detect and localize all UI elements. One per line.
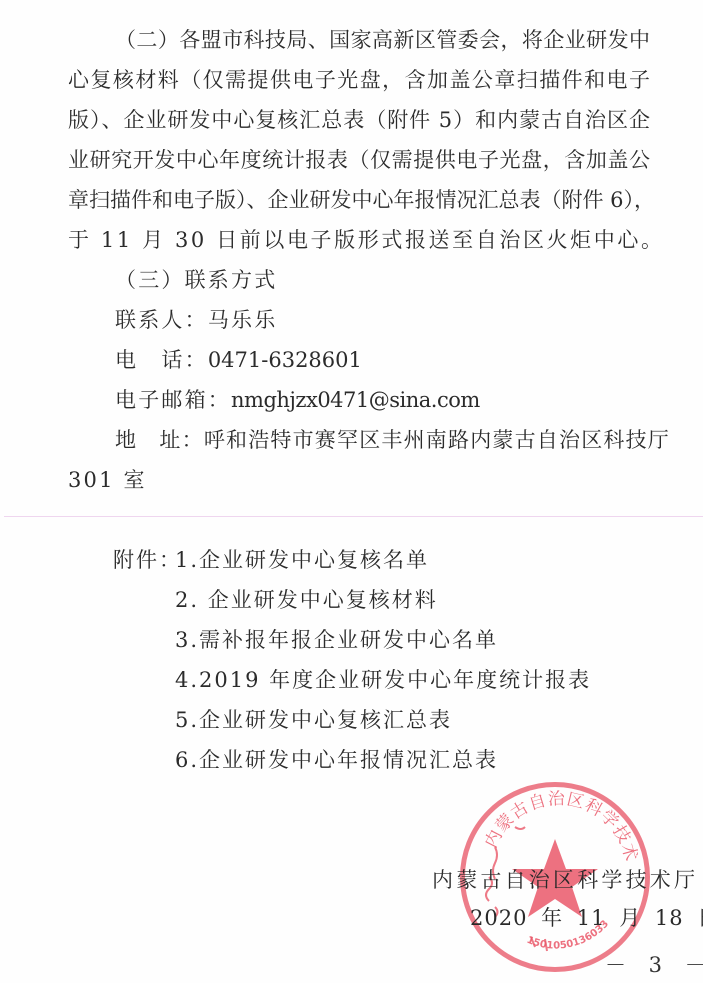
contact-person-value: 马乐乐: [208, 308, 278, 332]
email-label: 电子邮箱：: [115, 386, 231, 414]
attachment-item-1: 1.企业研发中心复核名单: [175, 546, 429, 574]
address-value-line-2: 301 室: [68, 466, 147, 494]
email-row: 电子邮箱：nmghjzx0471@sina.com: [115, 386, 480, 414]
contact-heading: （三）联系方式: [115, 266, 277, 294]
attachments-label: 附件：: [113, 546, 182, 574]
scan-divider-line: [4, 516, 703, 517]
attachment-item-3: 3.需补报年报企业研发中心名单: [175, 626, 498, 654]
issue-date: 2020 年 11 月 18 日: [470, 904, 703, 932]
phone-row: 电 话：0471-6328601: [115, 346, 362, 374]
phone-value: 0471-6328601: [208, 348, 362, 372]
paragraph-two-line-6: 于 11 月 30 日前以电子版形式报送至自治区火炬中心。: [68, 226, 665, 254]
paragraph-two-line-4: 业研究开发中心年度统计报表（仅需提供电子光盘，含加盖公: [68, 146, 650, 174]
document-page: （二）各盟市科技局、国家高新区管委会，将企业研发中 心复核材料（仅需提供电子光盘…: [0, 0, 703, 983]
paragraph-two-line-5: 章扫描件和电子版）、企业研发中心年报情况汇总表（附件 6），: [68, 186, 650, 214]
email-value: nmghjzx0471@sina.com: [231, 388, 480, 412]
attachment-item-6: 6.企业研发中心年报情况汇总表: [175, 746, 498, 774]
address-row: 地 址：呼和浩特市赛罕区丰州南路内蒙古自治区科技厅: [115, 426, 670, 454]
attachment-item-4: 4.2019 年度企业研发中心年度统计报表: [175, 666, 591, 694]
address-value-line-1: 呼和浩特市赛罕区丰州南路内蒙古自治区科技厅: [204, 428, 670, 452]
contact-person-label: 联系人：: [115, 306, 208, 334]
contact-person-row: 联系人：马乐乐: [115, 306, 277, 334]
paragraph-two-line-2: 心复核材料（仅需提供电子光盘，含加盖公章扫描件和电子: [68, 66, 650, 94]
attachment-item-5: 5.企业研发中心复核汇总表: [175, 706, 452, 734]
phone-label: 电 话：: [115, 346, 208, 374]
address-label: 地 址：: [115, 426, 204, 454]
page-number: － 3 －: [605, 951, 703, 979]
attachment-item-2: 2. 企业研发中心复核材料: [175, 586, 438, 614]
issuing-organization: 内蒙古自治区科学技术厅: [432, 866, 698, 894]
paragraph-two-line-1: （二）各盟市科技局、国家高新区管委会，将企业研发中: [115, 26, 650, 54]
paragraph-two-line-3: 版）、企业研发中心复核汇总表（附件 5）和内蒙古自治区企: [68, 106, 650, 134]
